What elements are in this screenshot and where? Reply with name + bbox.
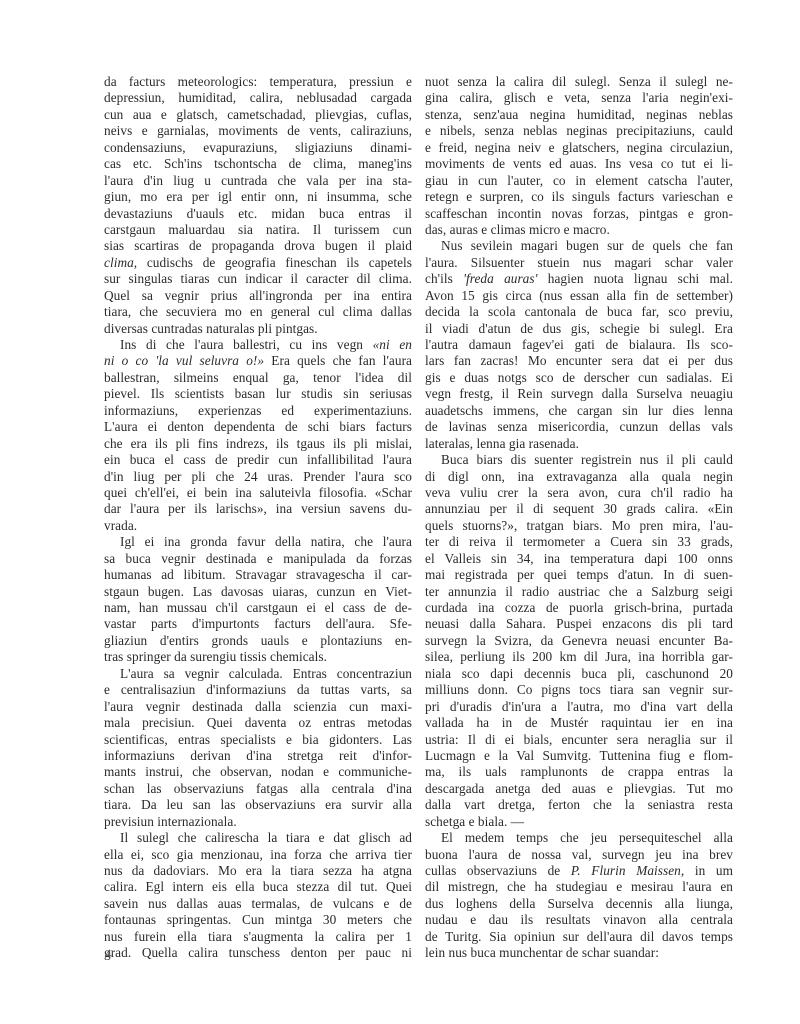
text-line: buona l'aura de nossa val, survegn jeu i…: [425, 847, 733, 863]
text-segment: in um: [684, 863, 733, 878]
text-line: annunziau per il di sequent 30 grads cal…: [425, 501, 733, 517]
text-line: il viadi d'atun de dus gis, schegie bi s…: [425, 321, 733, 337]
text-line: ella ei, sco gia menzionau, ina forza ch…: [104, 847, 412, 863]
text-line: niala sco dapi decennis buca pli, caschu…: [425, 666, 733, 682]
text-line: survegn la Svizra, da Genevra neuasi enc…: [425, 633, 733, 649]
text-line: pri d'uradis d'in'ura a l'autra, mo d'in…: [425, 699, 733, 715]
book-page: da facturs meteorologics: temperatura, p…: [0, 0, 800, 1024]
text-line: vegn frestg, il Rein survegn dalla Surse…: [425, 386, 733, 402]
text-line: Quel sa vegnir prius all'ingronda per in…: [104, 288, 412, 304]
italic-text-segment: «ni en: [373, 337, 412, 352]
text-line: decida la scola cantonala de buca far, s…: [425, 304, 733, 320]
text-line: L'aura sa vegnir calculada. Entras conce…: [104, 666, 412, 682]
text-line: informaziuns, experienzas ed experimenta…: [104, 403, 412, 419]
text-line: gina calira, glisch e veta, senza l'aria…: [425, 90, 733, 106]
text-line: schetga e biala. —: [425, 814, 733, 830]
text-line: che era ils pli fins indrezs, ils tgaus …: [104, 436, 412, 452]
text-line: dalla vart dretga, ferton che la seniast…: [425, 797, 733, 813]
text-line: milliuns donn. Co pigns tocs tiara san v…: [425, 682, 733, 698]
text-segment: cudischs de geografia fineschan ils cape…: [137, 255, 412, 270]
text-line: mala precisiun. Quei daventa oz entras m…: [104, 715, 412, 731]
text-line: ter annunzia il radio austriac che a Sal…: [425, 584, 733, 600]
text-segment: Ins di che l'aura ballestri, cu ins vegn: [120, 337, 373, 352]
text-line: nus da dadoviars. Mo era la tiara sezza …: [104, 863, 412, 879]
right-text-column: nuot senza la calira dil sulegl. Senza i…: [425, 74, 733, 962]
text-line: devastaziuns d'uauls etc. midan buca ent…: [104, 206, 412, 222]
text-line: l'aura d'in liug u cuntrada che vala per…: [104, 173, 412, 189]
text-line: diversas cuntradas naturalas pli pintgas…: [104, 321, 412, 337]
text-line: Ins di che l'aura ballestri, cu ins vegn…: [104, 337, 412, 353]
text-line: savein nus dallas auas termalas, de vulc…: [104, 896, 412, 912]
text-line: e centralisaziun d'informaziuns da tutta…: [104, 682, 412, 698]
text-line: stenza, senz'aua negina humiditad, negin…: [425, 107, 733, 123]
text-line: cun aua e glatsch, cametschadad, plievgi…: [104, 107, 412, 123]
text-line: das, auras e climas micro e macro.: [425, 222, 733, 238]
page-number: 4: [105, 946, 112, 962]
text-line: Buca biars dis suenter registrein nus il…: [425, 452, 733, 468]
text-segment: cullas observaziuns de: [425, 863, 571, 878]
text-line: giun, mo era per igl entir onn, ni insum…: [104, 189, 412, 205]
text-line: vastar parts d'impurtonts facturs dell'a…: [104, 616, 412, 632]
text-segment: Era quels che fan l'aura: [264, 353, 412, 368]
text-line: de Turitg. Sia opiniun sur dell'aura dil…: [425, 929, 733, 945]
text-line: tiara. Da leu san las observaziuns era s…: [104, 797, 412, 813]
text-line: El medem temps che jeu persequiteschel a…: [425, 830, 733, 846]
text-line: cas etc. Sch'ins tschontscha de clima, m…: [104, 156, 412, 172]
text-line: d'in liug per pli che 24 uras. Prender l…: [104, 469, 412, 485]
text-line: informaziuns derivan d'ina stretga reit …: [104, 748, 412, 764]
text-line: tiara, che secuviera mo en general cul c…: [104, 304, 412, 320]
text-line: stgaun bugen. Las davosas uiaras, cunzun…: [104, 584, 412, 600]
text-line: neuasi dalla Sahara. Puspei enzacons dis…: [425, 616, 733, 632]
text-segment: hagien nuota lignau schi mal.: [538, 271, 734, 286]
left-text-column: da facturs meteorologics: temperatura, p…: [104, 74, 412, 962]
text-line: mants instrui, che observan, nodan e com…: [104, 764, 412, 780]
text-line: pievel. Ils scientists basan lur studis …: [104, 386, 412, 402]
text-line: giau in cun l'auter, co in element catsc…: [425, 173, 733, 189]
text-line: L'aura ei denton dependenta de schi biar…: [104, 419, 412, 435]
text-line: neivs e garnialas, moviments de vents, c…: [104, 123, 412, 139]
text-line: nam, han mussau ch'il carstgaun ei el ca…: [104, 600, 412, 616]
text-line: e nibels, senza neblas neginas precipita…: [425, 123, 733, 139]
text-line: curdada ina cozza de puorla grisch-brina…: [425, 600, 733, 616]
text-line: el Valleis sin 34, ina temperatura dapi …: [425, 551, 733, 567]
text-line: di digl onn, ina extravaganza alla quala…: [425, 469, 733, 485]
text-line: ma, ils uals ramplunonts de crappa entra…: [425, 764, 733, 780]
text-line: dar l'aura per ils larischs», ina versiu…: [104, 501, 412, 517]
text-line: dus loghens della Surselva decennis alla…: [425, 896, 733, 912]
text-line: scaffeschan incontin novas forzas, pintg…: [425, 206, 733, 222]
text-line: vrada.: [104, 518, 412, 534]
italic-text-segment: clima,: [104, 255, 137, 270]
italic-text-segment: ni o co 'la vul seluvra o!»: [104, 353, 264, 368]
text-line: Avon 15 gis circa (nus essan alla fin de…: [425, 288, 733, 304]
text-line: gis e duas notgs sco de derscher cun sad…: [425, 370, 733, 386]
text-line: lars fan zacras! Mo encunter sera dat ei…: [425, 353, 733, 369]
text-line: carstgaun maluardau sia natira. Il turis…: [104, 222, 412, 238]
text-line: quels stuorns?», tratgan biars. Mo pren …: [425, 518, 733, 534]
text-line: Lucmagn e la Val Sumvitg. Tuttenina fiug…: [425, 748, 733, 764]
text-line: scientificas, entras specialists e bia g…: [104, 732, 412, 748]
text-line: cullas observaziuns de P. Flurin Maissen…: [425, 863, 733, 879]
text-line: sur singulas tiaras cun indicar il carac…: [104, 271, 412, 287]
text-line: ch'ils 'freda auras' hagien nuota lignau…: [425, 271, 733, 287]
text-line: da facturs meteorologics: temperatura, p…: [104, 74, 412, 90]
text-line: gliaziun d'entirs gronds uauls e plontaz…: [104, 633, 412, 649]
text-line: ustria: Il di ei bials, encunter sera ne…: [425, 732, 733, 748]
text-line: ni o co 'la vul seluvra o!» Era quels ch…: [104, 353, 412, 369]
text-line: sias scartiras de propaganda drova bugen…: [104, 238, 412, 254]
text-line: silea, perliung ils 200 km dil Jura, ina…: [425, 649, 733, 665]
text-line: ter di reiva il termometer a Cuera sin 3…: [425, 534, 733, 550]
text-line: lein nus buca munchentar de schar suanda…: [425, 945, 733, 961]
text-line: retegn e surpren, co ils singuls facturs…: [425, 189, 733, 205]
text-line: Igl ei ina gronda favur della natira, ch…: [104, 534, 412, 550]
text-line: nus furein ella tiara s'augmenta la cali…: [104, 929, 412, 945]
text-line: fontaunas springentas. Cun mintga 30 met…: [104, 912, 412, 928]
text-line: lateralas, lenna gia rasenada.: [425, 436, 733, 452]
text-line: de lavinas senza misericordia, cunzun de…: [425, 419, 733, 435]
text-line: grad. Quella calira tunschess denton per…: [104, 945, 412, 961]
text-line: vallada ha in de Mustér raquintau ier en…: [425, 715, 733, 731]
text-line: auadetschs immens, che cargan sin lur di…: [425, 403, 733, 419]
text-segment: ch'ils: [425, 271, 463, 286]
text-line: veva vuliu crer la sera avon, cura ch'il…: [425, 485, 733, 501]
italic-text-segment: P. Flurin Maissen,: [571, 863, 684, 878]
text-line: nudau e dau ils resultats vinavon alla c…: [425, 912, 733, 928]
text-line: nuot senza la calira dil sulegl. Senza i…: [425, 74, 733, 90]
italic-text-segment: 'freda auras': [463, 271, 537, 286]
text-line: depressiun, humiditad, calira, neblusada…: [104, 90, 412, 106]
text-line: l'aura. Silsuenter stuein nus magari sch…: [425, 255, 733, 271]
text-line: ballestran, silmeins enqual ga, tenor l'…: [104, 370, 412, 386]
text-line: ein buca el cass de predir cun infallibi…: [104, 452, 412, 468]
text-line: moviments de vents ed auas. Ins vesa co …: [425, 156, 733, 172]
text-line: sa buca vegnir destinada e manipulada da…: [104, 551, 412, 567]
text-line: calira. Egl intern eis ella buca stezza …: [104, 879, 412, 895]
text-line: quei ch'ell'ei, ei bein ina saluteivla f…: [104, 485, 412, 501]
text-line: condensaziuns, evapuraziuns, sligiaziuns…: [104, 140, 412, 156]
text-line: Nus sevilein magari bugen sur de quels c…: [425, 238, 733, 254]
text-line: tras springer da surengiu tissis chemica…: [104, 649, 412, 665]
text-line: l'autra damaun fagev'ei gati de bialaura…: [425, 337, 733, 353]
text-line: mai registrada per quei temps d'atun. In…: [425, 567, 733, 583]
text-line: humanas ad libitum. Stravagar stravagesc…: [104, 567, 412, 583]
text-line: descargada anetga ded auas e plievgias. …: [425, 781, 733, 797]
text-line: clima, cudischs de geografia fineschan i…: [104, 255, 412, 271]
text-line: Il sulegl che calirescha la tiara e dat …: [104, 830, 412, 846]
text-line: dil mistregn, che ha studegiau e mesirau…: [425, 879, 733, 895]
text-line: previsiun internazionala.: [104, 814, 412, 830]
text-line: schan las observaziuns fatgas alla centr…: [104, 781, 412, 797]
text-line: e freid, negina neiv e glatschers, negin…: [425, 140, 733, 156]
text-line: l'aura vegnir destinada dalla scienzia c…: [104, 699, 412, 715]
